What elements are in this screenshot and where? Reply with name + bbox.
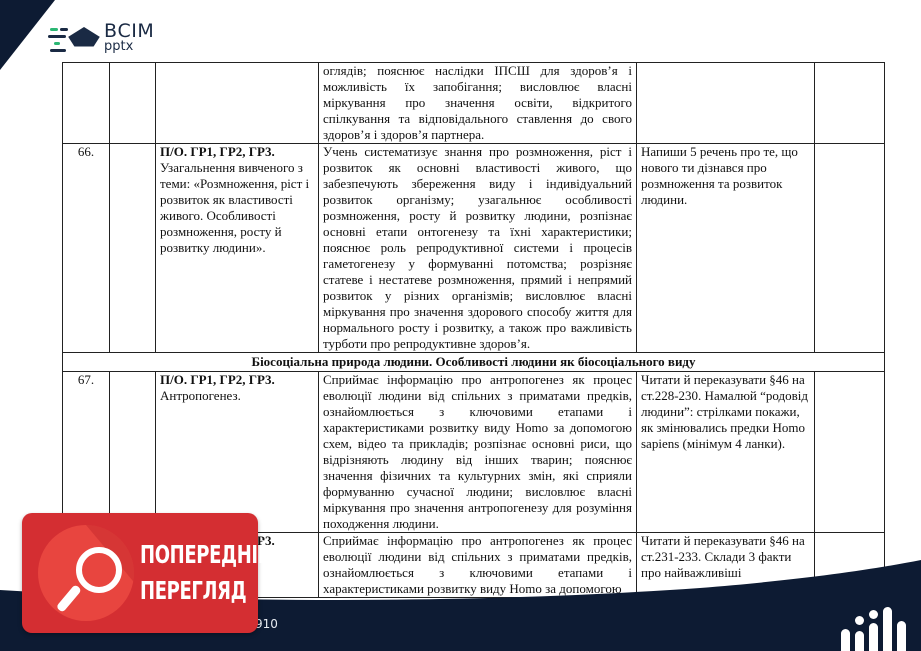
row-number [63, 63, 110, 144]
preview-line-1: ПОПЕРЕДНІЙ [140, 537, 224, 573]
row-homework [637, 63, 815, 144]
row-number: 67. [63, 372, 110, 533]
row-topic: П/О. ГР1, ГР2, ГР3.Антропогенез. [156, 372, 319, 533]
brand-logo: ВСІМ pptx [48, 22, 154, 53]
row-topic: П/О. ГР1, ГР2, ГР3.Узагальнення вивченог… [156, 144, 319, 353]
preview-badge[interactable]: ПОПЕРЕДНІЙ ПЕРЕГЛЯД [22, 513, 258, 633]
row-hours [110, 63, 156, 144]
row-homework: Читати й переказувати §46 на ст.228-230.… [637, 372, 815, 533]
magnifier-icon [38, 525, 134, 621]
row-number: 66. [63, 144, 110, 353]
row-notes [815, 144, 885, 353]
brand-bars-icon [839, 581, 909, 651]
table-row: оглядів; пояснює наслідки ІПСШ для здоро… [63, 63, 885, 144]
row-notes [815, 63, 885, 144]
table-row: 66. П/О. ГР1, ГР2, ГР3.Узагальнення вивч… [63, 144, 885, 353]
section-header-row: Біосоціальна природа людини. Особливості… [63, 353, 885, 372]
row-hours [110, 372, 156, 533]
row-outcomes: оглядів; пояснює наслідки ІПСШ для здоро… [319, 63, 637, 144]
table-row: 67. П/О. ГР1, ГР2, ГР3.Антропогенез. Спр… [63, 372, 885, 533]
row-outcomes: Сприймає інформацію про антропогенез як … [319, 372, 637, 533]
corner-decoration [0, 0, 55, 70]
graduation-cap-icon [48, 23, 100, 53]
row-homework: Напиши 5 речень про те, що нового ти діз… [637, 144, 815, 353]
preview-line-2: ПЕРЕГЛЯД [140, 573, 224, 609]
page-number: 910 [255, 617, 278, 631]
section-title: Біосоціальна природа людини. Особливості… [63, 353, 885, 372]
row-hours [110, 144, 156, 353]
row-notes [815, 372, 885, 533]
row-topic [156, 63, 319, 144]
row-outcomes: Учень систематизує знання про розмноженн… [319, 144, 637, 353]
